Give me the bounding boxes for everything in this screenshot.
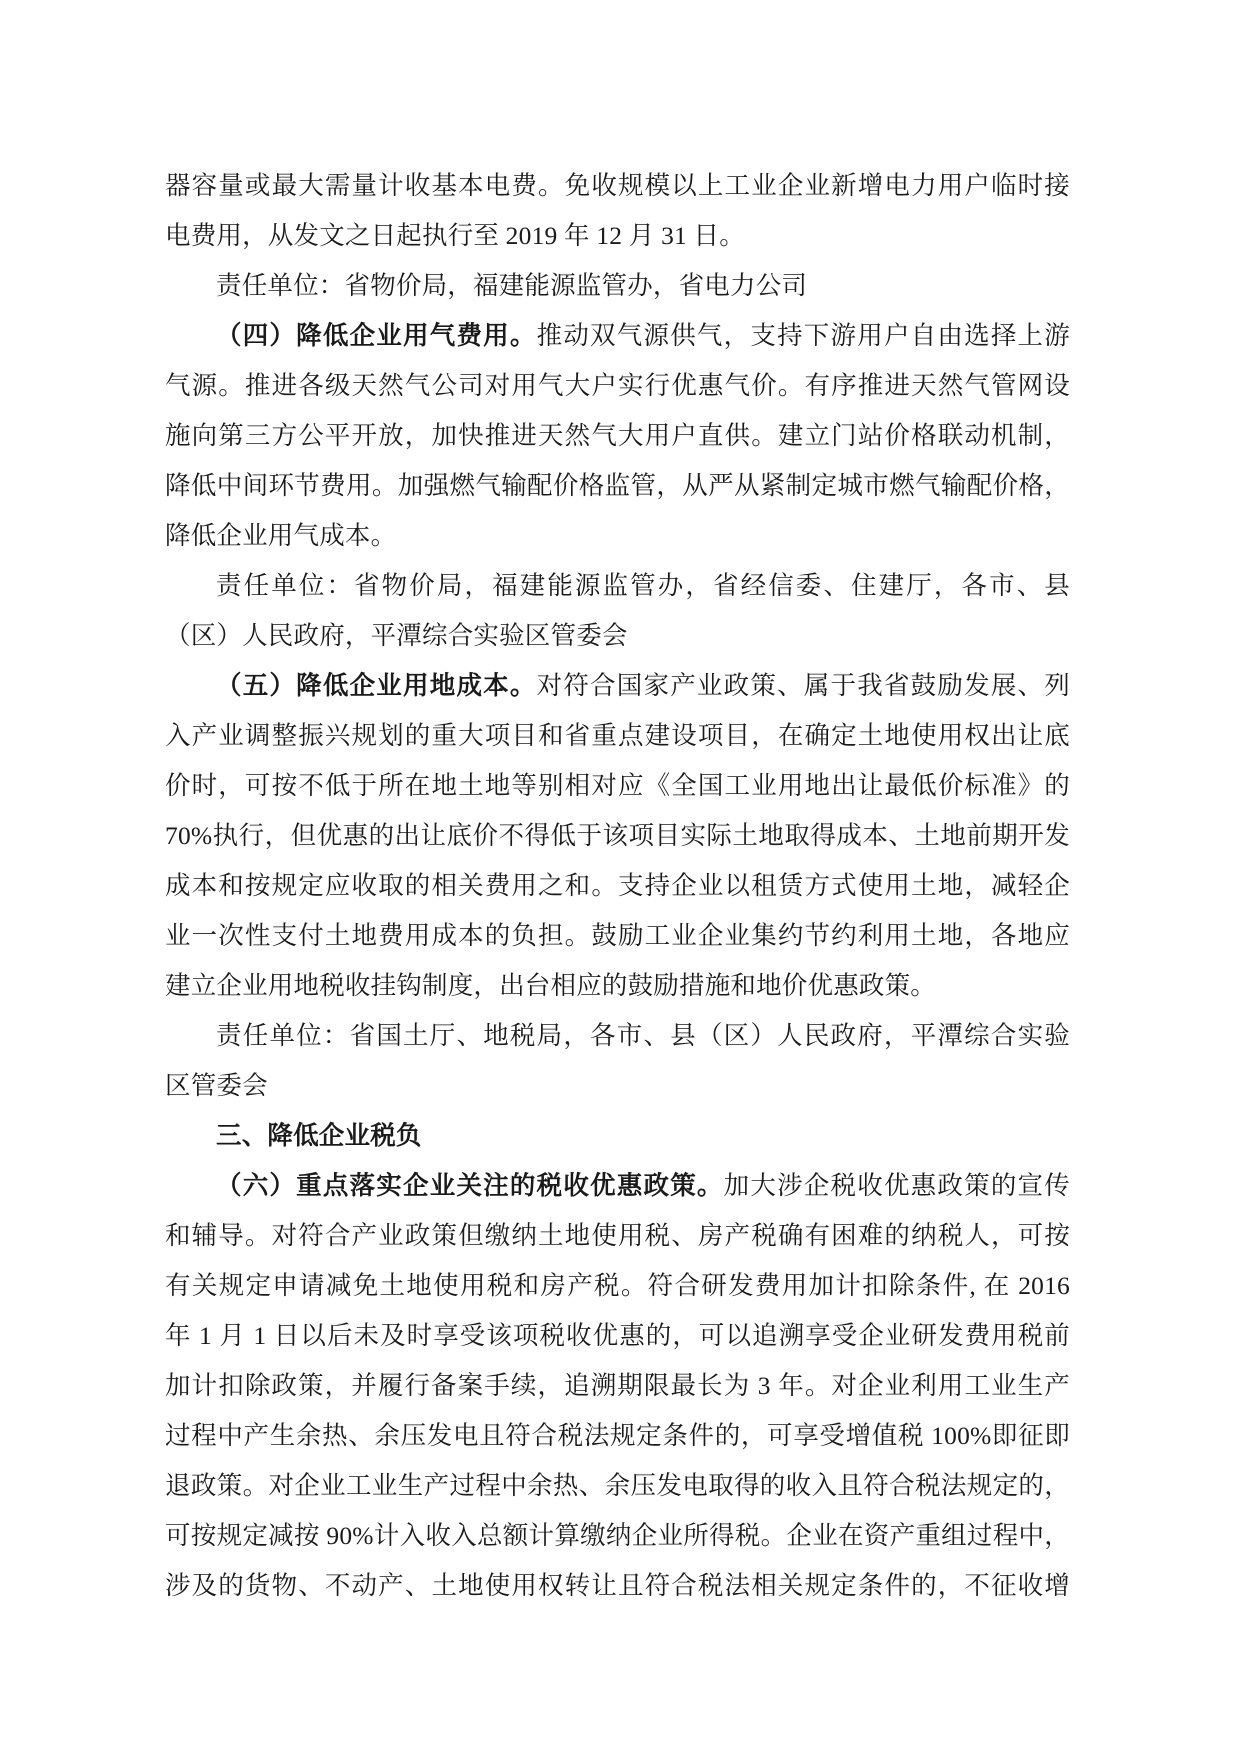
text-run: 责任单位：省国土厅、地税局，各市、县（区）人民政府，平潭综合实验 xyxy=(216,1021,1070,1050)
text-run: 有关规定申请减免土地使用税和房产税。符合研发费用加计扣除条件, 在 2016 xyxy=(165,1271,1070,1300)
document-body: 器容量或最大需量计收基本电费。免收规模以上工业企业新增电力用户临时接电费用，从发… xyxy=(165,161,1070,1611)
document-page: 器容量或最大需量计收基本电费。免收规模以上工业企业新增电力用户临时接电费用，从发… xyxy=(0,0,1240,1754)
text-line: （六）重点落实企业关注的税收优惠政策。加大涉企税收优惠政策的宣传 xyxy=(165,1161,1070,1211)
text-line: 气源。推进各级天然气公司对用气大户实行优惠气价。有序推进天然气管网设 xyxy=(165,361,1070,411)
text-line: 退政策。对企业工业生产过程中余热、余压发电取得的收入且符合税法规定的， xyxy=(165,1461,1070,1511)
text-run: 施向第三方公平开放，加快推进天然气大用户直供。建立门站价格联动机制， xyxy=(165,421,1070,450)
text-line: 降低企业用气成本。 xyxy=(165,511,1070,561)
text-run: 价时，可按不低于所在地土地等别相对应《全国工业用地出让最低价标准》的 xyxy=(165,771,1070,800)
text-line: （五）降低企业用地成本。对符合国家产业政策、属于我省鼓励发展、列 xyxy=(165,661,1070,711)
text-line: 责任单位：省国土厅、地税局，各市、县（区）人民政府，平潭综合实验 xyxy=(165,1011,1070,1061)
text-line: 有关规定申请减免土地使用税和房产税。符合研发费用加计扣除条件, 在 2016 xyxy=(165,1261,1070,1311)
text-run: 70%执行，但优惠的出让底价不得低于该项目实际土地取得成本、土地前期开发 xyxy=(165,821,1070,850)
text-run: 可按规定减按 90%计入收入总额计算缴纳企业所得税。企业在资产重组过程中， xyxy=(165,1521,1070,1550)
text-line: 施向第三方公平开放，加快推进天然气大用户直供。建立门站价格联动机制， xyxy=(165,411,1070,461)
text-run: 责任单位：省物价局，福建能源监管办，省电力公司 xyxy=(216,271,807,300)
heading-run: （五）降低企业用地成本。 xyxy=(216,671,537,700)
text-line: 过程中产生余热、余压发电且符合税法规定条件的，可享受增值税 100%即征即 xyxy=(165,1411,1070,1461)
heading-run: （六）重点落实企业关注的税收优惠政策。 xyxy=(216,1171,724,1200)
text-run: 区管委会 xyxy=(165,1071,268,1100)
text-run: 气源。推进各级天然气公司对用气大户实行优惠气价。有序推进天然气管网设 xyxy=(165,371,1070,400)
text-line: 成本和按规定应收取的相关费用之和。支持企业以租赁方式使用土地，减轻企 xyxy=(165,861,1070,911)
text-run: 电费用，从发文之日起执行至 2019 年 12 月 31 日。 xyxy=(165,221,745,250)
text-run: （区）人民政府，平潭综合实验区管委会 xyxy=(165,621,628,650)
text-line: 加计扣除政策，并履行备案手续，追溯期限最长为 3 年。对企业利用工业生产 xyxy=(165,1361,1070,1411)
text-line: 责任单位：省物价局，福建能源监管办，省经信委、住建厅，各市、县 xyxy=(165,561,1070,611)
text-run: 过程中产生余热、余压发电且符合税法规定条件的，可享受增值税 100%即征即 xyxy=(165,1421,1070,1450)
text-line: 电费用，从发文之日起执行至 2019 年 12 月 31 日。 xyxy=(165,211,1070,261)
text-line: 和辅导。对符合产业政策但缴纳土地使用税、房产税确有困难的纳税人，可按 xyxy=(165,1211,1070,1261)
text-line: 入产业调整振兴规划的重大项目和省重点建设项目，在确定土地使用权出让底 xyxy=(165,711,1070,761)
heading-run: （四）降低企业用气费用。 xyxy=(216,321,537,350)
text-run: 业一次性支付土地费用成本的负担。鼓励工业企业集约节约利用土地，各地应 xyxy=(165,921,1070,950)
text-run: 年 1 月 1 日以后未及时享受该项税收优惠的，可以追溯享受企业研发费用税前 xyxy=(165,1321,1070,1350)
text-run: 退政策。对企业工业生产过程中余热、余压发电取得的收入且符合税法规定的， xyxy=(165,1471,1070,1500)
text-run: 成本和按规定应收取的相关费用之和。支持企业以租赁方式使用土地，减轻企 xyxy=(165,871,1070,900)
text-run: 责任单位：省物价局，福建能源监管办，省经信委、住建厅，各市、县 xyxy=(216,571,1070,600)
text-run: 和辅导。对符合产业政策但缴纳土地使用税、房产税确有困难的纳税人，可按 xyxy=(165,1221,1070,1250)
text-run: 加大涉企税收优惠政策的宣传 xyxy=(724,1171,1070,1200)
text-line: 可按规定减按 90%计入收入总额计算缴纳企业所得税。企业在资产重组过程中， xyxy=(165,1511,1070,1561)
text-line: （区）人民政府，平潭综合实验区管委会 xyxy=(165,611,1070,661)
text-line: 70%执行，但优惠的出让底价不得低于该项目实际土地取得成本、土地前期开发 xyxy=(165,811,1070,861)
text-run: 加计扣除政策，并履行备案手续，追溯期限最长为 3 年。对企业利用工业生产 xyxy=(165,1371,1070,1400)
text-line: 年 1 月 1 日以后未及时享受该项税收优惠的，可以追溯享受企业研发费用税前 xyxy=(165,1311,1070,1361)
text-line: 器容量或最大需量计收基本电费。免收规模以上工业企业新增电力用户临时接 xyxy=(165,161,1070,211)
text-line: 涉及的货物、不动产、土地使用权转让且符合税法相关规定条件的，不征收增 xyxy=(165,1561,1070,1611)
text-line: 三、降低企业税负 xyxy=(165,1111,1070,1161)
text-line: 责任单位：省物价局，福建能源监管办，省电力公司 xyxy=(165,261,1070,311)
text-run: 入产业调整振兴规划的重大项目和省重点建设项目，在确定土地使用权出让底 xyxy=(165,721,1070,750)
text-run: 降低企业用气成本。 xyxy=(165,521,396,550)
text-line: 区管委会 xyxy=(165,1061,1070,1111)
text-run: 建立企业用地税收挂钩制度，出台相应的鼓励措施和地价优惠政策。 xyxy=(165,971,936,1000)
text-run: 器容量或最大需量计收基本电费。免收规模以上工业企业新增电力用户临时接 xyxy=(165,171,1070,200)
text-line: 建立企业用地税收挂钩制度，出台相应的鼓励措施和地价优惠政策。 xyxy=(165,961,1070,1011)
text-run: 对符合国家产业政策、属于我省鼓励发展、列 xyxy=(537,671,1070,700)
text-line: （四）降低企业用气费用。推动双气源供气，支持下游用户自由选择上游 xyxy=(165,311,1070,361)
heading-run: 三、降低企业税负 xyxy=(216,1121,422,1150)
text-run: 涉及的货物、不动产、土地使用权转让且符合税法相关规定条件的，不征收增 xyxy=(165,1571,1070,1600)
text-run: 降低中间环节费用。加强燃气输配价格监管，从严从紧制定城市燃气输配价格， xyxy=(165,471,1070,500)
text-run: 推动双气源供气，支持下游用户自由选择上游 xyxy=(537,321,1070,350)
text-line: 降低中间环节费用。加强燃气输配价格监管，从严从紧制定城市燃气输配价格， xyxy=(165,461,1070,511)
text-line: 业一次性支付土地费用成本的负担。鼓励工业企业集约节约利用土地，各地应 xyxy=(165,911,1070,961)
text-line: 价时，可按不低于所在地土地等别相对应《全国工业用地出让最低价标准》的 xyxy=(165,761,1070,811)
